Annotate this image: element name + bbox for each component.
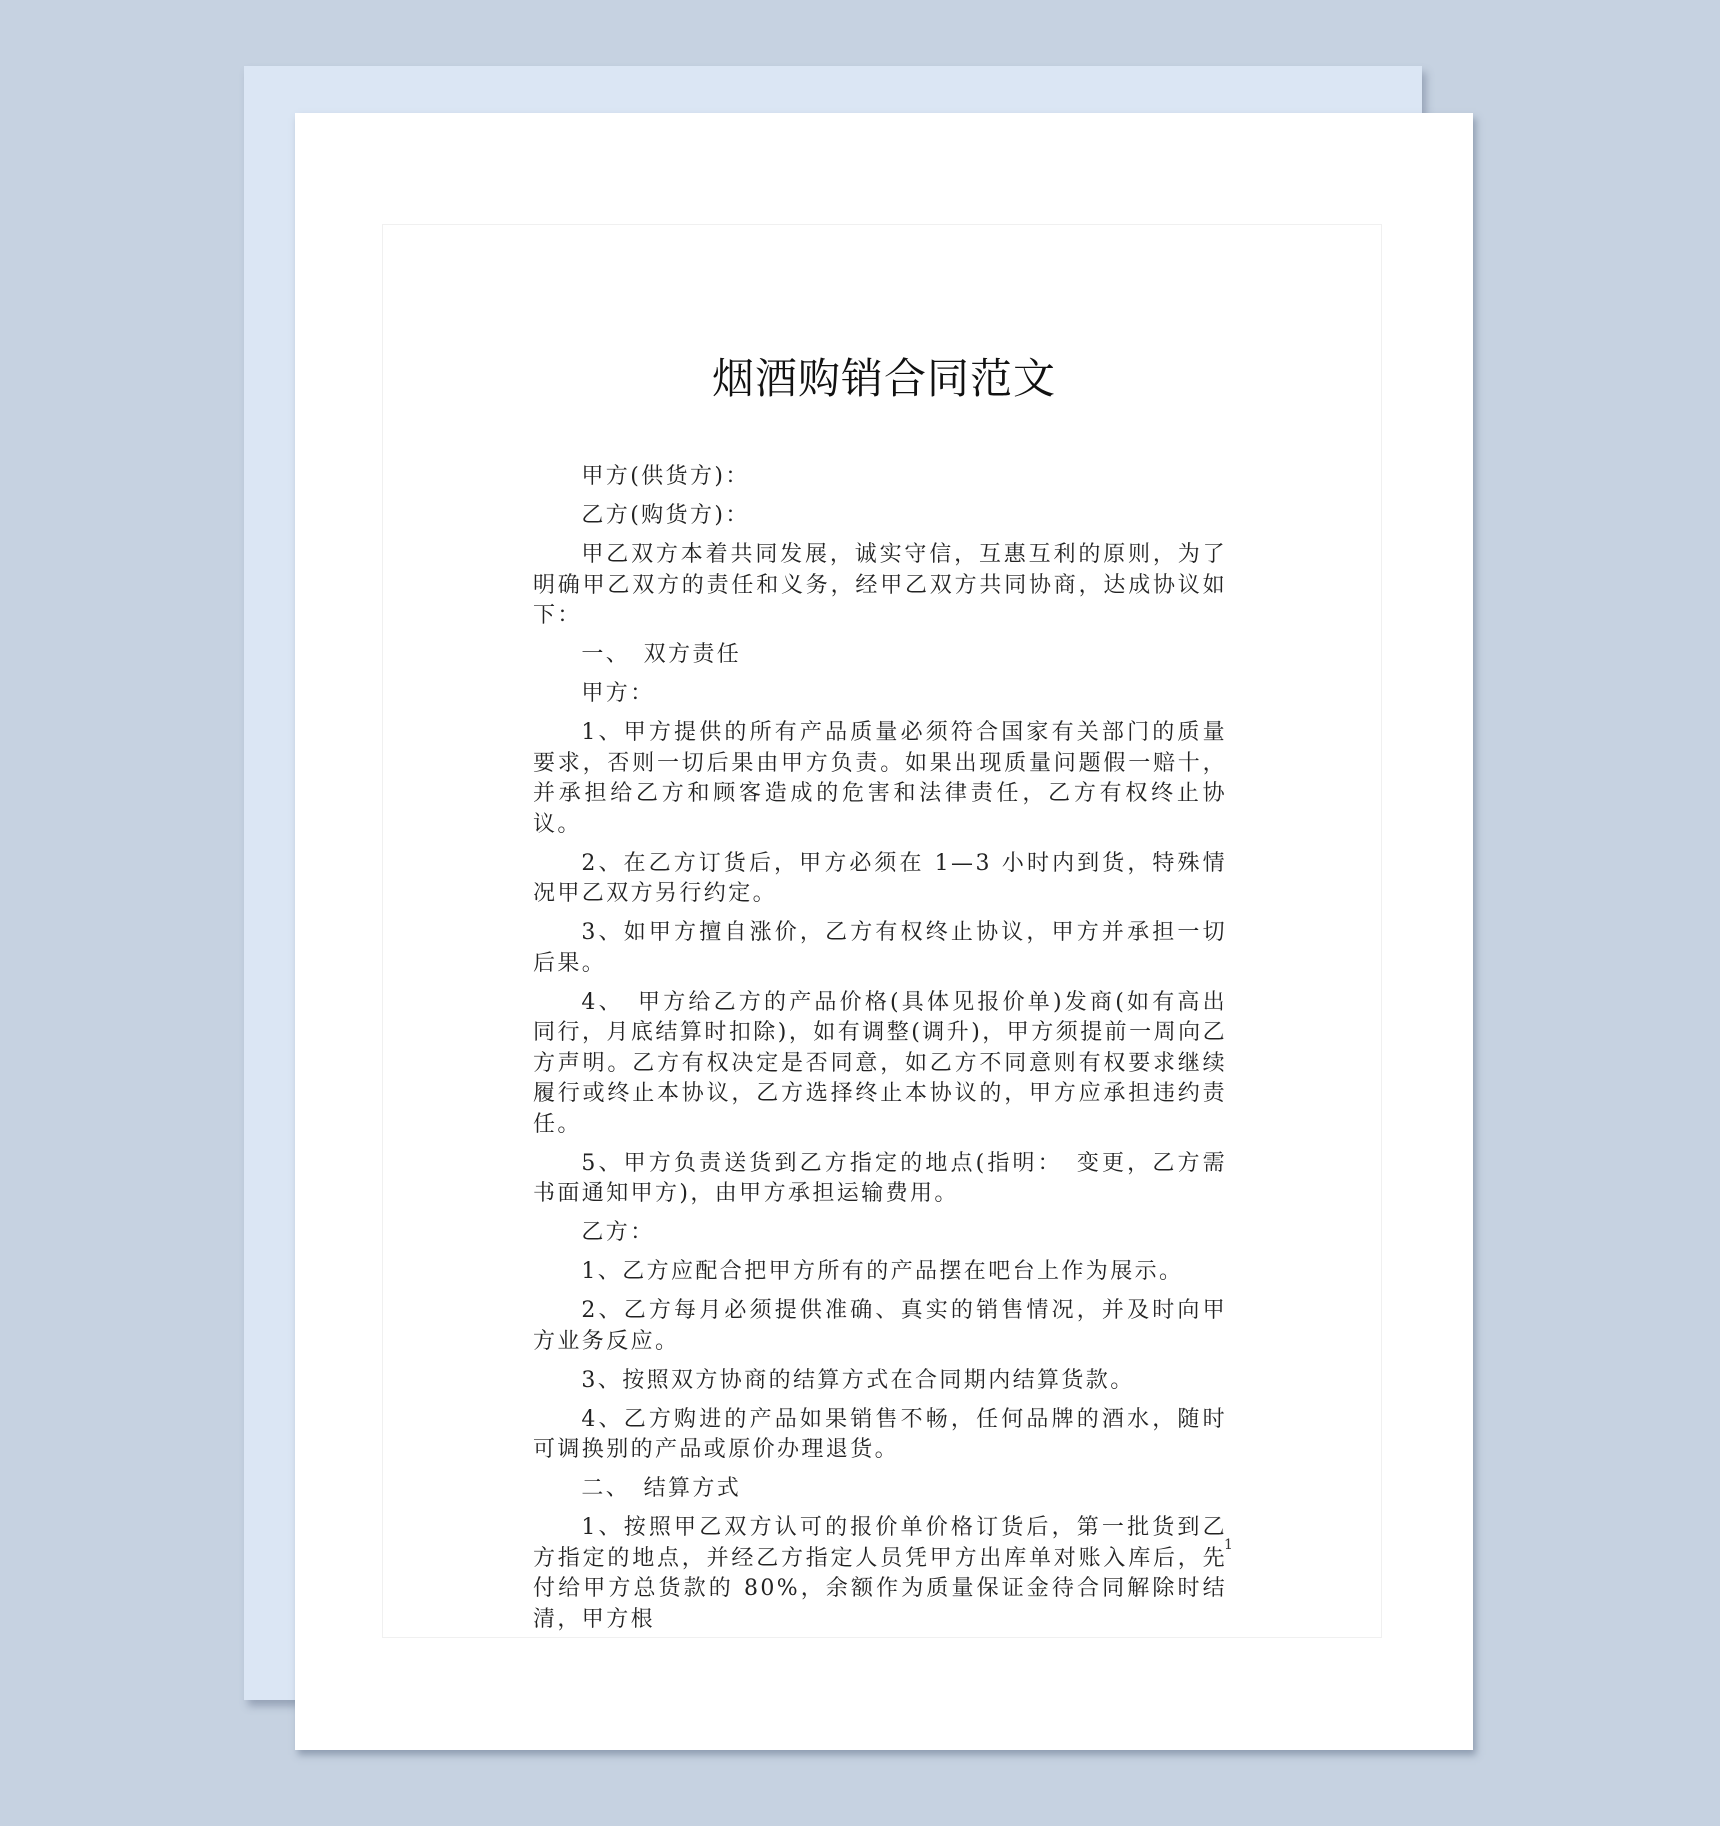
party-a-clause-2: 2、在乙方订货后，甲方必须在 1—3 小时内到货，特殊情况甲乙双方另行约定。 [533, 849, 1227, 910]
party-a-heading: 甲方： [533, 679, 1227, 710]
section-heading-responsibilities: 一、 双方责任 [533, 640, 1227, 671]
party-a-line: 甲方(供货方)： [533, 462, 1227, 493]
party-a-clause-1: 1、甲方提供的所有产品质量必须符合国家有关部门的质量要求，否则一切后果由甲方负责… [533, 718, 1227, 840]
party-b-clause-1: 1、乙方应配合把甲方所有的产品摆在吧台上作为展示。 [533, 1257, 1227, 1288]
page-number: 1 [1224, 1537, 1233, 1553]
document-body: 甲方(供货方)： 乙方(购货方)： 甲乙双方本着共同发展，诚实守信，互惠互利的原… [533, 462, 1227, 1644]
section-heading-settlement: 二、 结算方式 [533, 1474, 1227, 1505]
settlement-clause-1: 1、按照甲乙双方认可的报价单价格订货后，第一批货到乙方指定的地点，并经乙方指定人… [533, 1513, 1227, 1635]
party-a-clause-3: 3、如甲方擅自涨价，乙方有权终止协议，甲方并承担一切后果。 [533, 918, 1227, 979]
document-title: 烟酒购销合同范文 [295, 351, 1473, 407]
party-a-clause-5: 5、甲方负责送货到乙方指定的地点(指明： 变更，乙方需书面通知甲方)，由甲方承担… [533, 1149, 1227, 1210]
party-a-clause-4: 4、 甲方给乙方的产品价格(具体见报价单)发商(如有高出同行，月底结算时扣除)，… [533, 988, 1227, 1141]
document-page: 烟酒购销合同范文 甲方(供货方)： 乙方(购货方)： 甲乙双方本着共同发展，诚实… [295, 113, 1473, 1750]
party-b-clause-4: 4、乙方购进的产品如果销售不畅，任何品牌的酒水，随时可调换别的产品或原价办理退货… [533, 1405, 1227, 1466]
preamble-paragraph: 甲乙双方本着共同发展，诚实守信，互惠互利的原则，为了明确甲乙双方的责任和义务，经… [533, 540, 1227, 632]
party-b-heading: 乙方： [533, 1218, 1227, 1249]
party-b-clause-3: 3、按照双方协商的结算方式在合同期内结算货款。 [533, 1366, 1227, 1397]
party-b-line: 乙方(购货方)： [533, 501, 1227, 532]
party-b-clause-2: 2、乙方每月必须提供准确、真实的销售情况，并及时向甲方业务反应。 [533, 1296, 1227, 1357]
